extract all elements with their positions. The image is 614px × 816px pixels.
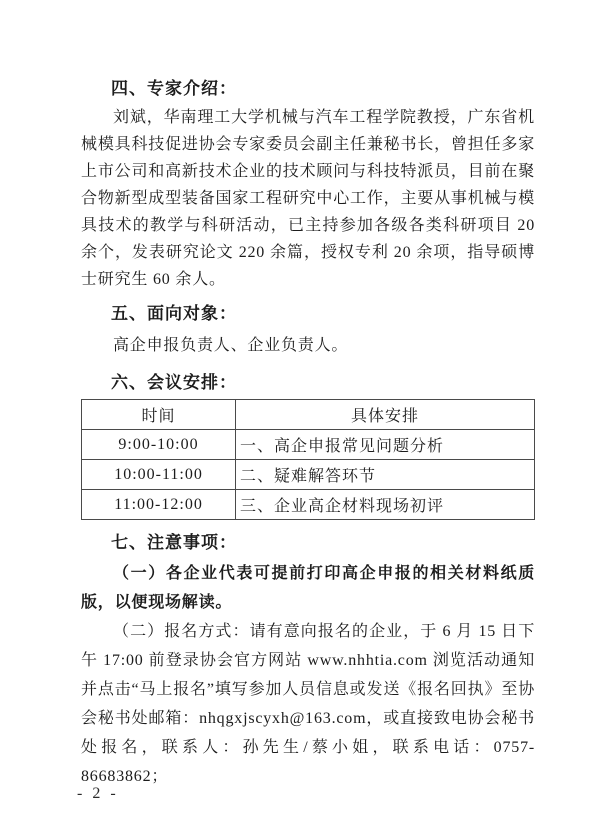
schedule-header-row: 时间 具体安排 xyxy=(82,400,535,430)
schedule-header-detail: 具体安排 xyxy=(236,400,535,430)
schedule-time-cell: 9:00-10:00 xyxy=(82,430,236,460)
schedule-header-time: 时间 xyxy=(82,400,236,430)
schedule-row: 9:00-10:00 一、高企申报常见问题分析 xyxy=(82,430,535,460)
page-number: - 2 - xyxy=(77,785,119,803)
note-item-1: （一）各企业代表可提前打印高企申报的相关材料纸质版，以便现场解读。 xyxy=(81,559,535,617)
schedule-row: 10:00-11:00 二、疑难解答环节 xyxy=(82,460,535,490)
note-item-2: （二）报名方式：请有意向报名的企业，于 6 月 15 日下午 17:00 前登录… xyxy=(81,617,535,791)
audience-paragraph: 高企申报负责人、企业负责人。 xyxy=(81,332,535,359)
schedule-time-cell: 11:00-12:00 xyxy=(82,490,236,520)
schedule-table: 时间 具体安排 9:00-10:00 一、高企申报常见问题分析 10:00-11… xyxy=(81,399,535,520)
document-page: 四、专家介绍： 刘斌，华南理工大学机械与汽车工程学院教授，广东省机械模具科技促进… xyxy=(0,0,614,816)
section-heading-audience: 五、面向对象： xyxy=(81,303,535,325)
schedule-item-cell: 二、疑难解答环节 xyxy=(236,460,535,490)
schedule-time-cell: 10:00-11:00 xyxy=(82,460,236,490)
schedule-row: 11:00-12:00 三、企业高企材料现场初评 xyxy=(82,490,535,520)
section-heading-schedule: 六、会议安排： xyxy=(81,372,535,394)
schedule-item-cell: 三、企业高企材料现场初评 xyxy=(236,490,535,520)
expert-intro-paragraph: 刘斌，华南理工大学机械与汽车工程学院教授，广东省机械模具科技促进协会专家委员会副… xyxy=(81,104,535,293)
section-heading-expert-intro: 四、专家介绍： xyxy=(81,78,535,100)
section-heading-notes: 七、注意事项： xyxy=(81,532,535,554)
schedule-item-cell: 一、高企申报常见问题分析 xyxy=(236,430,535,460)
